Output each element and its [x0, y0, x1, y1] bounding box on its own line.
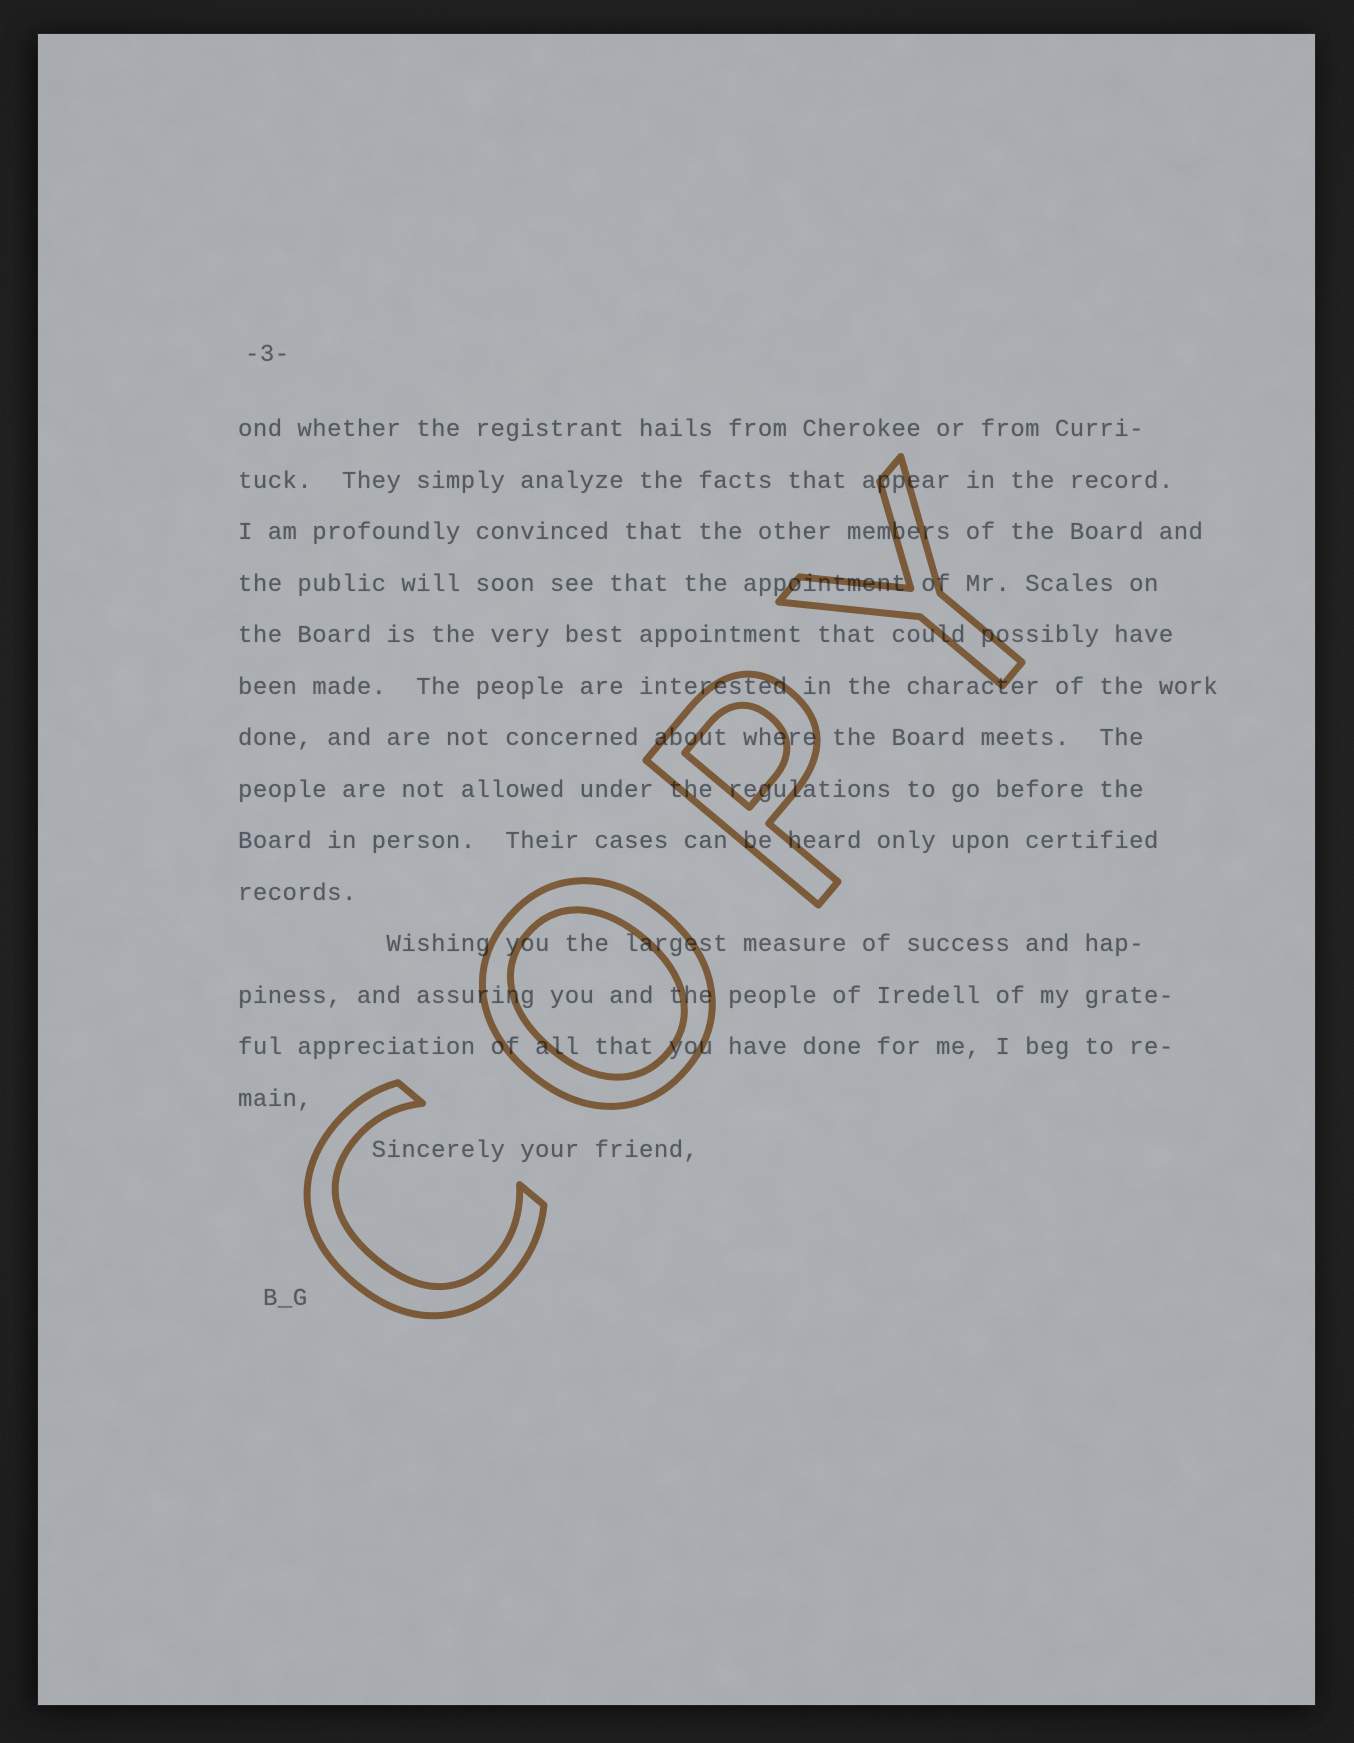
valediction-line: Sincerely your friend,: [238, 1126, 1218, 1178]
letter-line: ful appreciation of all that you have do…: [238, 1023, 1218, 1075]
letter-line: main,: [238, 1075, 1218, 1127]
letter-line: the Board is the very best appointment t…: [238, 611, 1218, 663]
letter-line: been made. The people are interested in …: [238, 663, 1218, 715]
letter-line: Wishing you the largest measure of succe…: [238, 920, 1218, 972]
scanned-letter-page-3: -3- ond whether the registrant hails fro…: [38, 34, 1315, 1705]
page-number: -3-: [245, 330, 290, 382]
letter-line: Board in person. Their cases can be hear…: [238, 817, 1218, 869]
letter-line: tuck. They simply analyze the facts that…: [238, 457, 1218, 509]
letter-line: piness, and assuring you and the people …: [238, 972, 1218, 1024]
typist-initials: B_G: [263, 1274, 308, 1326]
letter-line: ond whether the registrant hails from Ch…: [238, 405, 1218, 457]
letter-line: records.: [238, 869, 1218, 921]
letter-line: the public will soon see that the appoin…: [238, 560, 1218, 612]
scan-backdrop: { "letter": { "page_number": "-3-", "par…: [0, 0, 1354, 1743]
letter-body: ond whether the registrant hails from Ch…: [238, 405, 1218, 1178]
letter-line: done, and are not concerned about where …: [238, 714, 1218, 766]
letter-line: people are not allowed under the regulat…: [238, 766, 1218, 818]
letter-line: I am profoundly convinced that the other…: [238, 508, 1218, 560]
